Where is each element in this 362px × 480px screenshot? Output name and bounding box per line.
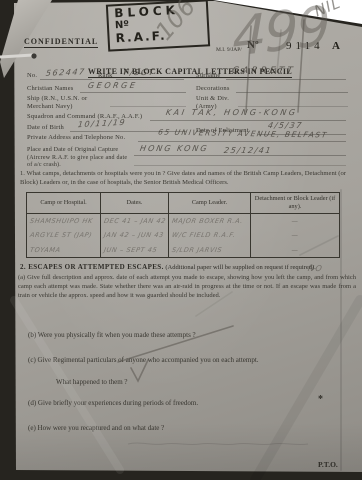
- cell-dates-0: DEC 41 – JAN 42: [103, 217, 165, 225]
- field-label-address: Private Address and Telephone No.: [27, 134, 125, 142]
- cell-leader-0: MAJOR BOXER R.A.: [171, 217, 247, 225]
- camps-table-row: ARGYLE ST (JAP) JAN 42 – JUN 43 W/C FIEL…: [27, 228, 340, 242]
- col-header-camp: Camp or Hospital.: [27, 193, 101, 214]
- form-content: BLOCK Nº R.A.F. 106 CONFIDENTIAL M.I. 9/…: [0, 0, 362, 480]
- photographed-pow-form: BLOCK Nº R.A.F. 106 CONFIDENTIAL M.I. 9/…: [0, 0, 362, 480]
- col-header-dates: Dates.: [101, 193, 169, 214]
- field-label-decorations: Decorations: [196, 85, 230, 93]
- field-label-christian-names: Christian Names: [27, 85, 74, 93]
- question2-answer: NO: [307, 264, 324, 273]
- cell-camp-0: SHAMSHUIPO HK: [29, 217, 97, 225]
- field-label-service-no: No.: [27, 72, 37, 80]
- cell-leader-1: W/C FIELD R.A.F.: [171, 231, 247, 239]
- field-label-surname: Surname: [196, 72, 221, 80]
- cell-detachment-1: —: [253, 231, 336, 239]
- camps-table-header-row: Camp or Hospital. Dates. Camp Leader. De…: [27, 193, 340, 214]
- field-value-christian-names: GEORGE: [87, 81, 138, 90]
- col-header-detachment: Detachment or Block Leader (if any).: [251, 193, 340, 214]
- field-rule-capture-2: [134, 157, 346, 166]
- field-value-surname: GARRETT: [231, 66, 296, 76]
- cell-dates-1: JAN 42 – JUN 43: [103, 231, 165, 239]
- question1-text: 1. What camps, detachments or hospitals …: [20, 170, 346, 188]
- cell-camp-2: TOYAMA: [29, 246, 97, 254]
- confidential-label: CONFIDENTIAL: [24, 37, 98, 48]
- field-value-capture-date: 25/12/41: [223, 146, 273, 155]
- question2-item-c2: What happened to them ?: [56, 378, 128, 387]
- cell-leader-2: S/LDR JARVIS: [171, 246, 247, 254]
- field-label-date-of-birth: Date of Birth: [27, 124, 64, 132]
- cell-camp-1: ARGYLE ST (JAP): [29, 231, 97, 239]
- camps-table-row: TOYAMA JUN – SEPT 45 S/LDR JARVIS —: [27, 242, 340, 258]
- field-rule-unit: [238, 98, 348, 107]
- field-label-rank: Rank: [98, 72, 113, 80]
- question2-item-d: (d) Give briefly your experiences during…: [28, 399, 198, 408]
- field-rule-ship: [110, 98, 186, 107]
- cell-dates-2: JUN – SEPT 45: [103, 246, 165, 254]
- field-label-ship: Ship (R.N., U.S.N. or Merchant Navy): [27, 95, 107, 111]
- block-number-stamp: BLOCK Nº R.A.F. 106: [106, 0, 210, 52]
- question2-note: (Additional paper will be supplied on re…: [164, 264, 316, 271]
- cell-detachment-2: —: [253, 246, 336, 254]
- field-value-rank: F/SGT: [123, 68, 156, 77]
- question2-item-a: (a) Give full description and approx. da…: [18, 274, 356, 300]
- field-value-service-no: 562447: [45, 67, 86, 77]
- question2-item-c: (c) Give Regimental particulars of anyon…: [28, 356, 259, 365]
- cell-detachment-0: —: [253, 217, 336, 225]
- question2-item-b: (b) Were you physically fit when you mad…: [28, 331, 196, 340]
- field-label-capture: Place and Date of Original Capture (Airc…: [27, 147, 131, 170]
- question2-heading-text: 2. ESCAPES OR ATTEMPTED ESCAPES.: [20, 263, 164, 271]
- field-value-squadron: KAI TAK, HONG-KONG: [165, 108, 298, 117]
- field-value-capture-place: HONG KONG: [139, 144, 209, 153]
- pto-label: P.T.O.: [318, 460, 338, 469]
- question2-heading: 2. ESCAPES OR ATTEMPTED ESCAPES. (Additi…: [20, 263, 316, 271]
- col-header-leader: Camp Leader.: [169, 193, 251, 214]
- footnote-asterisk: *: [318, 394, 323, 405]
- question2-item-e: (e) How were you recaptured and on what …: [28, 424, 164, 433]
- series-letter: A: [332, 40, 340, 52]
- field-rule-decorations: [236, 84, 348, 93]
- camps-table: Camp or Hospital. Dates. Camp Leader. De…: [26, 192, 340, 258]
- camps-table-row: SHAMSHUIPO HK DEC 41 – JAN 42 MAJOR BOXE…: [27, 214, 340, 228]
